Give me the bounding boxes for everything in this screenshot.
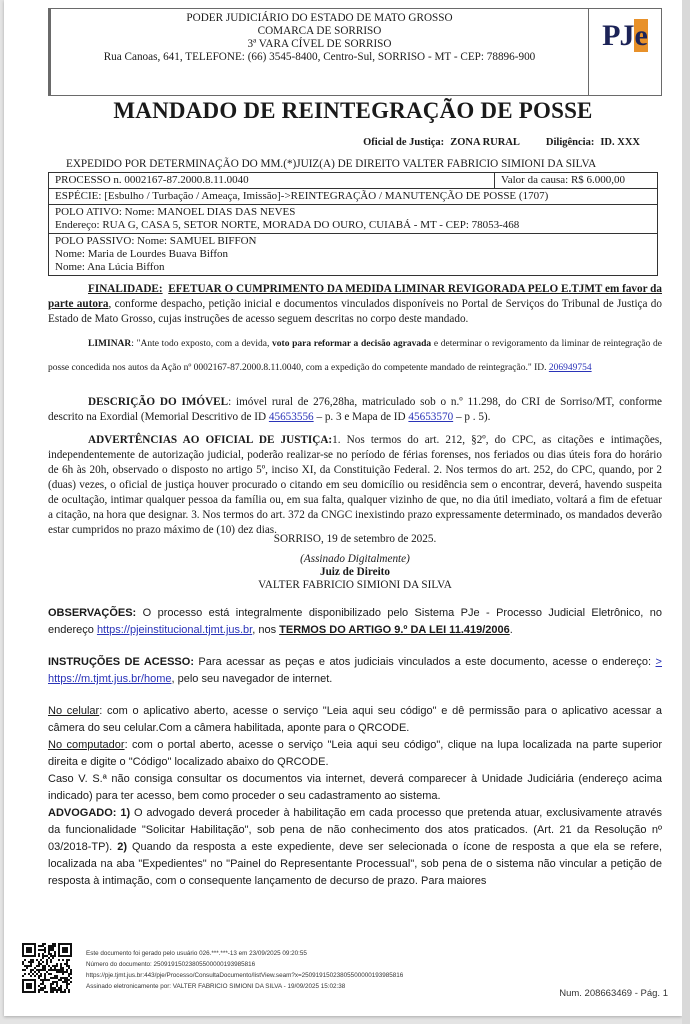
- observacoes-section: OBSERVAÇÕES: O processo está integralmen…: [48, 605, 662, 639]
- instrucoes-section: INSTRUÇÕES DE ACESSO: Para acessar as pe…: [48, 654, 662, 688]
- court-header-text: PODER JUDICIÁRIO DO ESTADO DE MATO GROSS…: [51, 9, 588, 95]
- signed-digitally: (Assinado Digitalmente): [48, 553, 662, 566]
- document-url: https://pje.tjmt.jus.br:443/pje/Processo…: [86, 970, 403, 981]
- page-number: Num. 208663469 - Pág. 1: [559, 988, 668, 999]
- document-title: MANDADO DE REINTEGRAÇÃO DE POSSE: [48, 98, 658, 124]
- judge-role: Juiz de Direito: [48, 566, 662, 579]
- document-number: Número do documento: 2509191502380550000…: [86, 959, 403, 970]
- caso-text: Caso V. S.ª não consiga consultar os doc…: [48, 771, 662, 805]
- memorial-id-link[interactable]: 45653556: [269, 411, 314, 423]
- liminar-id-link[interactable]: 206949754: [549, 363, 592, 373]
- pje-institucional-link[interactable]: https://pjeinstitucional.tjmt.jus.br: [97, 624, 252, 636]
- place-date: SORRISO, 19 de setembro de 2025.: [48, 532, 662, 547]
- advertencias-section: ADVERTÊNCIAS AO OFICIAL DE JUSTIÇA:1. No…: [48, 433, 662, 538]
- finalidade-section: FINALIDADE: EFETUAR O CUMPRIMENTO DA MED…: [48, 282, 662, 327]
- mapa-id-link[interactable]: 45653570: [408, 411, 453, 423]
- document-page: PODER JUDICIÁRIO DO ESTADO DE MATO GROSS…: [4, 0, 682, 1016]
- processo-number: PROCESSO n. 0002167-87.2000.8.11.0040: [49, 173, 495, 189]
- oficial-line: Oficial de Justiça:ZONA RURALDiligência:…: [357, 137, 640, 148]
- computador-instructions: No computador: com o portal aberto, aces…: [48, 737, 662, 771]
- qr-code-icon: [22, 943, 72, 993]
- signature-block: SORRISO, 19 de setembro de 2025. (Assina…: [48, 532, 662, 592]
- generated-by: Este documento foi gerado pelo usuário 0…: [86, 948, 403, 959]
- pje-logo: PJe: [588, 9, 661, 95]
- expedido-line: EXPEDIDO POR DETERMINAÇÃO DO MM.(*)JUIZ(…: [66, 158, 596, 170]
- polo-passivo: POLO PASSIVO: Nome: SAMUEL BIFFON Nome: …: [49, 234, 658, 276]
- liminar-section: LIMINAR: "Ante todo exposto, com a devid…: [48, 332, 662, 380]
- comarca: COMARCA DE SORRISO: [51, 25, 588, 38]
- pje-logo-icon: PJe: [602, 19, 648, 95]
- celular-instructions: No celular: com o aplicativo aberto, ace…: [48, 703, 662, 737]
- valor-causa: Valor da causa: R$ 6.000,00: [495, 173, 658, 189]
- acesso-details: No celular: com o aplicativo aberto, ace…: [48, 703, 662, 890]
- especie: ESPÉCIE: [Esbulho / Turbação / Ameaça, I…: [49, 189, 658, 205]
- signed-by: Assinado eletronicamente por: VALTER FAB…: [86, 981, 403, 992]
- advogado-section: ADVOGADO: 1) O advogado deverá proceder …: [48, 805, 662, 890]
- court-header: PODER JUDICIÁRIO DO ESTADO DE MATO GROSS…: [48, 8, 662, 96]
- descricao-section: DESCRIÇÃO DO IMÓVEL: imóvel rural de 276…: [48, 395, 662, 425]
- court-address: Rua Canoas, 641, TELEFONE: (66) 3545-840…: [51, 51, 588, 64]
- viewer-edge: [682, 0, 690, 1024]
- court-name: PODER JUDICIÁRIO DO ESTADO DE MATO GROSS…: [51, 12, 588, 25]
- judge-name: VALTER FABRICIO SIMIONI DA SILVA: [48, 579, 662, 592]
- document-metadata: Este documento foi gerado pelo usuário 0…: [86, 948, 403, 992]
- polo-ativo: POLO ATIVO: Nome: MANOEL DIAS DAS NEVES …: [49, 205, 658, 234]
- vara: 3ª VARA CÍVEL DE SORRISO: [51, 38, 588, 51]
- process-table: PROCESSO n. 0002167-87.2000.8.11.0040 Va…: [48, 172, 658, 276]
